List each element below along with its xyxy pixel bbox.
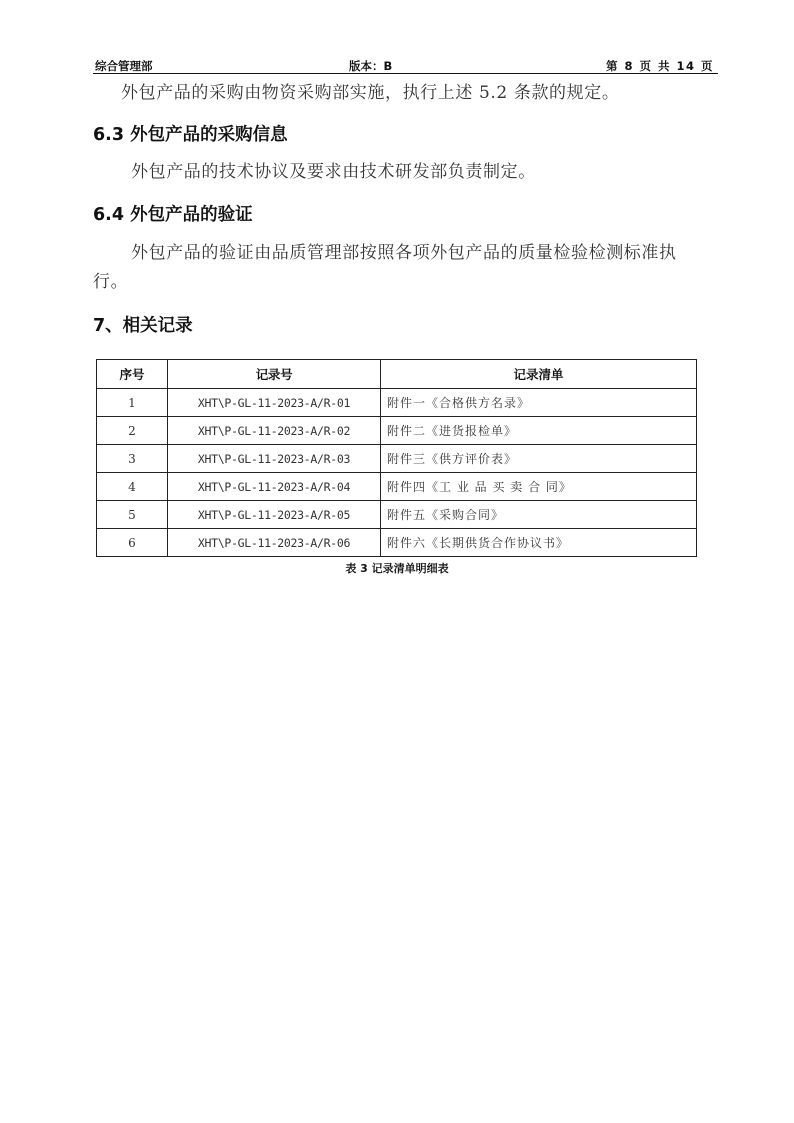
table-caption: 表 3 记录清单明细表 — [0, 560, 794, 576]
table-row: 1 XHT\P-GL-11-2023-A/R-01 附件一《合格供方名录》 — [97, 389, 697, 417]
cell-record-number: XHT\P-GL-11-2023-A/R-02 — [168, 417, 381, 445]
cell-index: 4 — [97, 473, 168, 501]
cell-record-list: 附件六《长期供货合作协议书》 — [381, 529, 697, 557]
heading-7: 7、相关记录 — [93, 312, 193, 337]
table-row: 2 XHT\P-GL-11-2023-A/R-02 附件二《进货报检单》 — [97, 417, 697, 445]
header-page-info: 第 8 页 共 14 页 — [606, 58, 714, 74]
paragraph-6-3: 外包产品的技术协议及要求由技术研发部负责制定。 — [131, 157, 536, 187]
column-header-record-number: 记录号 — [168, 360, 381, 389]
cell-record-list: 附件五《采购合同》 — [381, 501, 697, 529]
cell-record-list: 附件四《工 业 品 买 卖 合 同》 — [381, 473, 697, 501]
cell-index: 1 — [97, 389, 168, 417]
page-header: 综合管理部 版本：B 第 8 页 共 14 页 — [93, 58, 718, 74]
paragraph-procurement: 外包产品的采购由物资采购部实施，执行上述 5.2 条款的规定。 — [121, 78, 619, 108]
table-row: 4 XHT\P-GL-11-2023-A/R-04 附件四《工 业 品 买 卖 … — [97, 473, 697, 501]
header-department: 综合管理部 — [95, 58, 153, 74]
cell-record-number: XHT\P-GL-11-2023-A/R-01 — [168, 389, 381, 417]
column-header-index: 序号 — [97, 360, 168, 389]
cell-record-number: XHT\P-GL-11-2023-A/R-06 — [168, 529, 381, 557]
table-row: 3 XHT\P-GL-11-2023-A/R-03 附件三《供方评价表》 — [97, 445, 697, 473]
cell-index: 5 — [97, 501, 168, 529]
cell-record-number: XHT\P-GL-11-2023-A/R-05 — [168, 501, 381, 529]
column-header-record-list: 记录清单 — [381, 360, 697, 389]
table-header-row: 序号 记录号 记录清单 — [97, 360, 697, 389]
paragraph-6-4-line-1: 外包产品的验证由品质管理部按照各项外包产品的质量检验检测标准执 — [131, 238, 677, 268]
paragraph-6-4-line-2: 行。 — [93, 267, 128, 297]
table-row: 6 XHT\P-GL-11-2023-A/R-06 附件六《长期供货合作协议书》 — [97, 529, 697, 557]
header-version: 版本：B — [349, 58, 392, 74]
heading-6-3: 6.3 外包产品的采购信息 — [93, 121, 288, 146]
records-table: 序号 记录号 记录清单 1 XHT\P-GL-11-2023-A/R-01 附件… — [96, 359, 697, 557]
cell-record-number: XHT\P-GL-11-2023-A/R-04 — [168, 473, 381, 501]
table-row: 5 XHT\P-GL-11-2023-A/R-05 附件五《采购合同》 — [97, 501, 697, 529]
heading-6-4: 6.4 外包产品的验证 — [93, 201, 253, 226]
cell-index: 2 — [97, 417, 168, 445]
cell-index: 3 — [97, 445, 168, 473]
cell-record-list: 附件二《进货报检单》 — [381, 417, 697, 445]
cell-record-list: 附件一《合格供方名录》 — [381, 389, 697, 417]
cell-record-number: XHT\P-GL-11-2023-A/R-03 — [168, 445, 381, 473]
cell-index: 6 — [97, 529, 168, 557]
cell-record-list: 附件三《供方评价表》 — [381, 445, 697, 473]
